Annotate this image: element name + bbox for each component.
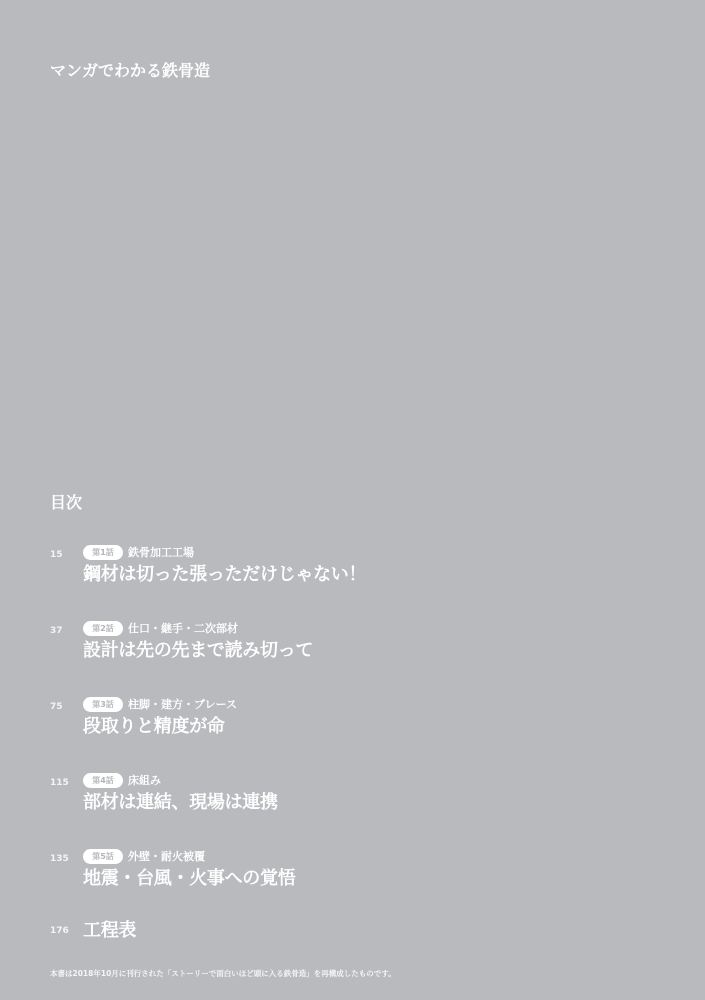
toc-entry-chapter-4[interactable]: 115 第4話 床組み 部材は連結、現場は連携 — [0, 773, 705, 833]
page-number: 37 — [50, 625, 63, 637]
chapter-badge: 第2話 — [83, 621, 123, 636]
toc-entry-chapter-5[interactable]: 135 第5話 外壁・耐火被覆 地震・台風・火事への覚悟 — [0, 849, 705, 909]
appendix-title: 工程表 — [83, 918, 136, 944]
page-number: 75 — [50, 701, 63, 713]
chapter-subtitle: 床組み — [128, 774, 161, 788]
chapter-subtitle: 鉄骨加工工場 — [128, 546, 194, 560]
page-number: 115 — [50, 777, 69, 789]
chapter-title: 部材は連結、現場は連携 — [83, 790, 278, 816]
chapter-title: 段取りと精度が命 — [83, 714, 225, 740]
chapter-subtitle: 柱脚・建方・ブレース — [128, 698, 237, 712]
page-number: 176 — [50, 925, 69, 937]
chapter-badge: 第3話 — [83, 697, 123, 712]
page-number: 135 — [50, 853, 69, 865]
toc-entry-chapter-1[interactable]: 15 第1話 鉄骨加工工場 鋼材は切った張っただけじゃない！ — [0, 545, 705, 605]
chapter-title: 地震・台風・火事への覚悟 — [83, 866, 295, 892]
chapter-badge: 第1話 — [83, 545, 123, 560]
chapter-title: 鋼材は切った張っただけじゃない！ — [83, 562, 366, 588]
chapter-subtitle: 外壁・耐火被覆 — [128, 850, 205, 864]
toc-entry-chapter-3[interactable]: 75 第3話 柱脚・建方・ブレース 段取りと精度が命 — [0, 697, 705, 757]
toc-entry-chapter-2[interactable]: 37 第2話 仕口・継手・二次部材 設計は先の先まで読み切って — [0, 621, 705, 681]
footer-note: 本書は2018年10月に刊行された「ストーリーで面白いほど頭に入る鉄骨造」を再構… — [50, 969, 396, 979]
page-number: 15 — [50, 549, 63, 561]
chapter-badge: 第4話 — [83, 773, 123, 788]
chapter-subtitle: 仕口・継手・二次部材 — [128, 622, 238, 636]
book-title: マンガでわかる鉄骨造 — [50, 60, 210, 82]
chapter-title: 設計は先の先まで読み切って — [83, 638, 313, 664]
chapter-badge: 第5話 — [83, 849, 123, 864]
toc-heading: 目次 — [50, 492, 82, 514]
